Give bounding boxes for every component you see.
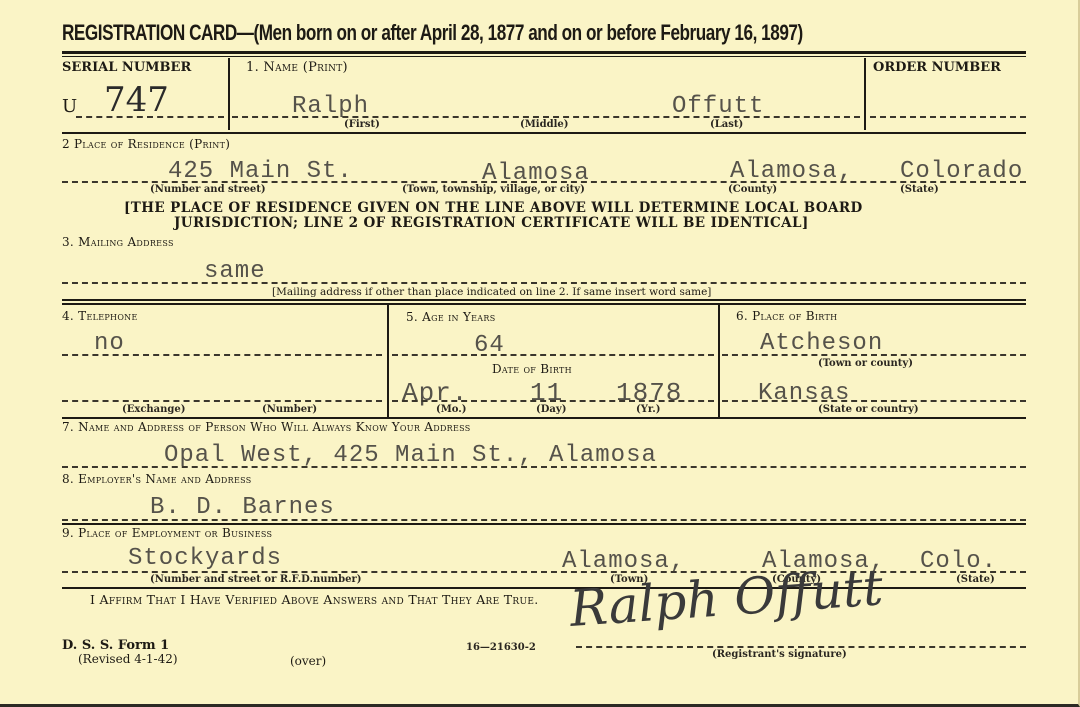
signature-caption: (Registrant's signature) bbox=[712, 649, 847, 660]
employment-state-caption: (State) bbox=[956, 574, 995, 585]
street-caption: (Number and street) bbox=[150, 184, 266, 195]
residence-notice-line1: [THE PLACE OF RESIDENCE GIVEN ON THE LIN… bbox=[124, 200, 863, 216]
last-name-value: Offutt bbox=[672, 93, 764, 120]
year-caption: (Yr.) bbox=[636, 404, 660, 415]
birth-town-value: Atcheson bbox=[760, 330, 883, 357]
month-caption: (Mo.) bbox=[436, 404, 467, 415]
form-number: D. S. S. Form 1 bbox=[62, 638, 169, 653]
order-number-label: ORDER NUMBER bbox=[873, 60, 1001, 75]
serial-number-value: 747 bbox=[104, 80, 169, 120]
residence-town-value: Alamosa bbox=[482, 160, 590, 187]
birth-town-line bbox=[722, 354, 1026, 356]
card-title: REGISTRATION CARD—(Men born on or after … bbox=[62, 20, 803, 46]
registration-card: REGISTRATION CARD—(Men born on or after … bbox=[0, 0, 1080, 707]
residence-label: 2 Place of Residence (Print) bbox=[62, 137, 230, 151]
top-rule bbox=[62, 51, 1026, 54]
town-or-county-caption: (Town or county) bbox=[818, 358, 913, 369]
top-rule-thin bbox=[62, 56, 1026, 57]
state-or-country-caption: (State or country) bbox=[818, 404, 919, 415]
exchange-caption: (Exchange) bbox=[122, 404, 186, 415]
order-line bbox=[870, 116, 1026, 118]
first-name-value: Ralph bbox=[292, 93, 369, 120]
telephone-label: 4. Telephone bbox=[62, 309, 138, 323]
age-label: 5. Age in Years bbox=[406, 310, 496, 324]
employer-value: B. D. Barnes bbox=[150, 494, 335, 521]
mailing-value: same bbox=[204, 258, 266, 285]
residence-street-value: 425 Main St. bbox=[168, 158, 353, 185]
date-of-birth-label: Date of Birth bbox=[492, 362, 572, 376]
residence-county-value: Alamosa, bbox=[730, 158, 853, 185]
middle-caption: (Middle) bbox=[520, 119, 568, 130]
divider bbox=[718, 305, 720, 417]
mailing-caption: [Mailing address if other than place ind… bbox=[272, 286, 711, 298]
day-caption: (Day) bbox=[536, 404, 566, 415]
number-caption: (Number) bbox=[262, 404, 317, 415]
birth-state-line bbox=[722, 400, 1026, 402]
name-label: 1. Name (Print) bbox=[246, 60, 348, 75]
first-caption: (First) bbox=[344, 119, 380, 130]
contact-label: 7. Name and Address of Person Who Will A… bbox=[62, 420, 471, 434]
signature-line bbox=[576, 646, 1026, 648]
telephone-value: no bbox=[94, 330, 125, 357]
age-line bbox=[392, 354, 714, 356]
town-caption: (Town, township, village, or city) bbox=[402, 184, 585, 195]
last-caption: (Last) bbox=[710, 119, 743, 130]
employment-street-value: Stockyards bbox=[128, 545, 282, 572]
affirmation-text: I Affirm That I Have Verified Above Answ… bbox=[90, 592, 538, 607]
telephone-line bbox=[62, 354, 382, 356]
dob-line bbox=[392, 400, 714, 402]
county-caption: (County) bbox=[728, 184, 777, 195]
rule bbox=[62, 417, 1026, 419]
employment-label: 9. Place of Employment or Business bbox=[62, 526, 272, 540]
revised-date: (Revised 4-1-42) bbox=[78, 652, 178, 666]
over-note: (over) bbox=[290, 654, 326, 668]
serial-number-label: SERIAL NUMBER bbox=[62, 60, 191, 75]
rule bbox=[62, 523, 1026, 525]
serial-prefix: U bbox=[62, 96, 77, 117]
residence-state-value: Colorado bbox=[900, 158, 1023, 185]
divider bbox=[228, 58, 230, 130]
mailing-label: 3. Mailing Address bbox=[62, 235, 174, 249]
divider bbox=[387, 305, 389, 417]
rule bbox=[62, 132, 1026, 134]
divider bbox=[864, 58, 866, 130]
employer-label: 8. Employer's Name and Address bbox=[62, 472, 252, 486]
residence-notice-line2: JURISDICTION; LINE 2 OF REGISTRATION CER… bbox=[174, 215, 809, 231]
state-caption: (State) bbox=[900, 184, 939, 195]
telephone-number-line bbox=[62, 400, 382, 402]
rule bbox=[62, 303, 1026, 305]
rule bbox=[62, 299, 1026, 301]
contact-value: Opal West, 425 Main St., Alamosa bbox=[164, 442, 657, 469]
birthplace-label: 6. Place of Birth bbox=[736, 309, 837, 323]
employment-street-caption: (Number and street or R.F.D.number) bbox=[150, 574, 361, 585]
contact-line bbox=[62, 466, 1026, 468]
employer-line bbox=[62, 519, 1026, 521]
print-code: 16—21630-2 bbox=[466, 642, 536, 653]
birth-state-value: Kansas bbox=[758, 380, 850, 407]
